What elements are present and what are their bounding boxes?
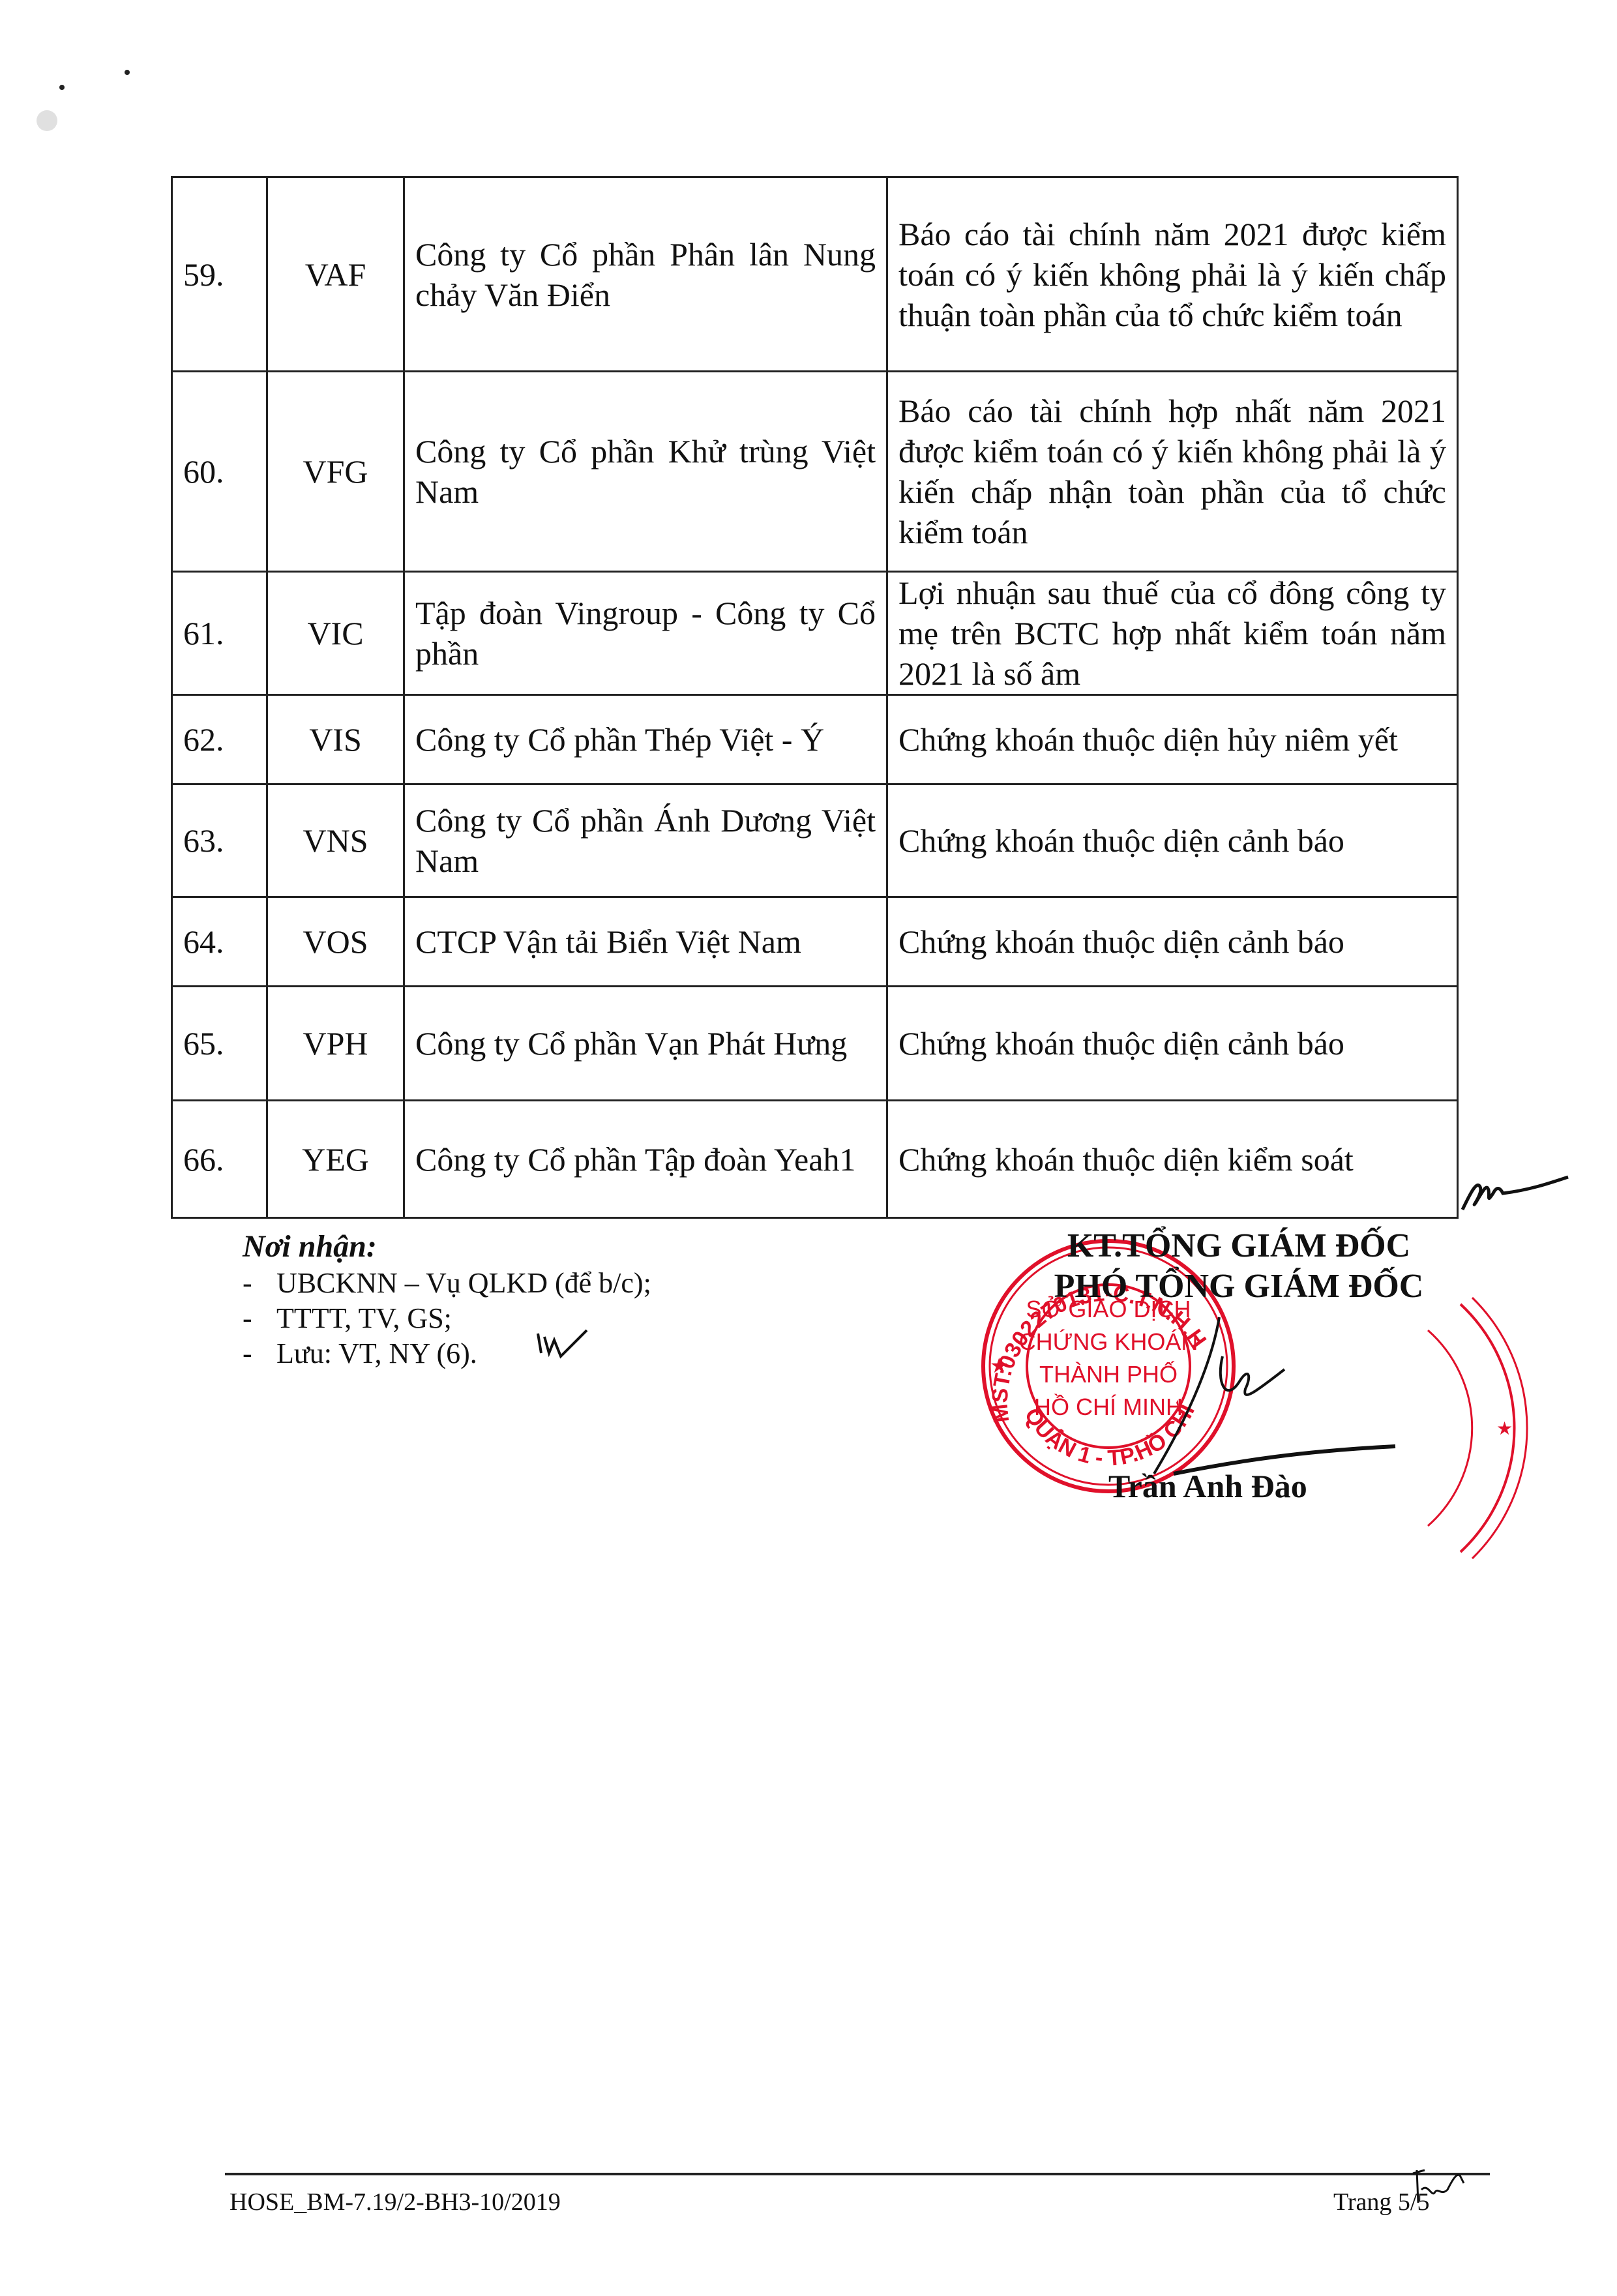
table-row: 61. VIC Tập đoàn Vingroup - Công ty Cổ p… [172, 572, 1458, 695]
row-index: 63. [172, 784, 267, 897]
securities-table: 59. VAF Công ty Cổ phần Phân lân Nung ch… [171, 176, 1459, 1219]
row-index: 65. [172, 987, 267, 1101]
reason: Chứng khoán thuộc diện cảnh báo [887, 987, 1458, 1101]
footer-initials-icon [1412, 2164, 1470, 2209]
signer-title-2: PHÓ TỔNG GIÁM ĐỐC [1037, 1266, 1441, 1307]
reason: Chứng khoán thuộc diện cảnh báo [887, 784, 1458, 897]
reason: Chứng khoán thuộc diện hủy niêm yết [887, 695, 1458, 784]
form-code: HOSE_BM-7.19/2-BH3-10/2019 [230, 2188, 561, 2216]
margin-initials-icon [1457, 1167, 1575, 1219]
footer-divider [225, 2173, 1490, 2175]
row-index: 66. [172, 1101, 267, 1218]
table-row: 62. VIS Công ty Cổ phần Thép Việt - Ý Ch… [172, 695, 1458, 784]
signature-block: KT.TỔNG GIÁM ĐỐC PHÓ TỔNG GIÁM ĐỐC [1037, 1226, 1441, 1307]
stock-code: VOS [267, 897, 404, 987]
reason: Lợi nhuận sau thuế của cổ đông công ty m… [887, 572, 1458, 695]
row-index: 64. [172, 897, 267, 987]
reason: Báo cáo tài chính năm 2021 được kiểm toá… [887, 177, 1458, 372]
partial-stamp-icon: ★ [1421, 1291, 1539, 1565]
signer-title-1: KT.TỔNG GIÁM ĐỐC [1037, 1226, 1441, 1266]
reason: Chứng khoán thuộc diện cảnh báo [887, 897, 1458, 987]
company-name: Công ty Cổ phần Phân lân Nung chảy Văn Đ… [404, 177, 887, 372]
handwritten-signature-icon [1076, 1304, 1415, 1493]
row-index: 59. [172, 177, 267, 372]
reason: Báo cáo tài chính hợp nhất năm 2021 được… [887, 372, 1458, 572]
table-row: 66. YEG Công ty Cổ phần Tập đoàn Yeah1 C… [172, 1101, 1458, 1218]
check-initial-icon [535, 1327, 593, 1366]
company-name: Công ty Cổ phần Thép Việt - Ý [404, 695, 887, 784]
stock-code: VNS [267, 784, 404, 897]
row-index: 60. [172, 372, 267, 572]
reason: Chứng khoán thuộc diện kiểm soát [887, 1101, 1458, 1218]
table-row: 59. VAF Công ty Cổ phần Phân lân Nung ch… [172, 177, 1458, 372]
stock-code: VAF [267, 177, 404, 372]
recipient-item: -UBCKNN – Vụ QLKD (để b/c); [243, 1266, 651, 1301]
company-name: Công ty Cổ phần Ánh Dương Việt Nam [404, 784, 887, 897]
stock-code: VIC [267, 572, 404, 695]
table-row: 65. VPH Công ty Cổ phần Vạn Phát Hưng Ch… [172, 987, 1458, 1101]
stock-code: VPH [267, 987, 404, 1101]
scan-specks [0, 0, 196, 163]
svg-text:★: ★ [1496, 1418, 1513, 1439]
svg-text:★: ★ [990, 1353, 1009, 1378]
company-name: Công ty Cổ phần Tập đoàn Yeah1 [404, 1101, 887, 1218]
row-index: 62. [172, 695, 267, 784]
stock-code: VIS [267, 695, 404, 784]
table-row: 63. VNS Công ty Cổ phần Ánh Dương Việt N… [172, 784, 1458, 897]
company-name: Công ty Cổ phần Khử trùng Việt Nam [404, 372, 887, 572]
recipients-title: Nơi nhận: [243, 1229, 651, 1264]
company-name: CTCP Vận tải Biển Việt Nam [404, 897, 887, 987]
table-row: 60. VFG Công ty Cổ phần Khử trùng Việt N… [172, 372, 1458, 572]
company-name: Công ty Cổ phần Vạn Phát Hưng [404, 987, 887, 1101]
table-row: 64. VOS CTCP Vận tải Biển Việt Nam Chứng… [172, 897, 1458, 987]
company-name: Tập đoàn Vingroup - Công ty Cổ phần [404, 572, 887, 695]
row-index: 61. [172, 572, 267, 695]
stock-code: YEG [267, 1101, 404, 1218]
stock-code: VFG [267, 372, 404, 572]
